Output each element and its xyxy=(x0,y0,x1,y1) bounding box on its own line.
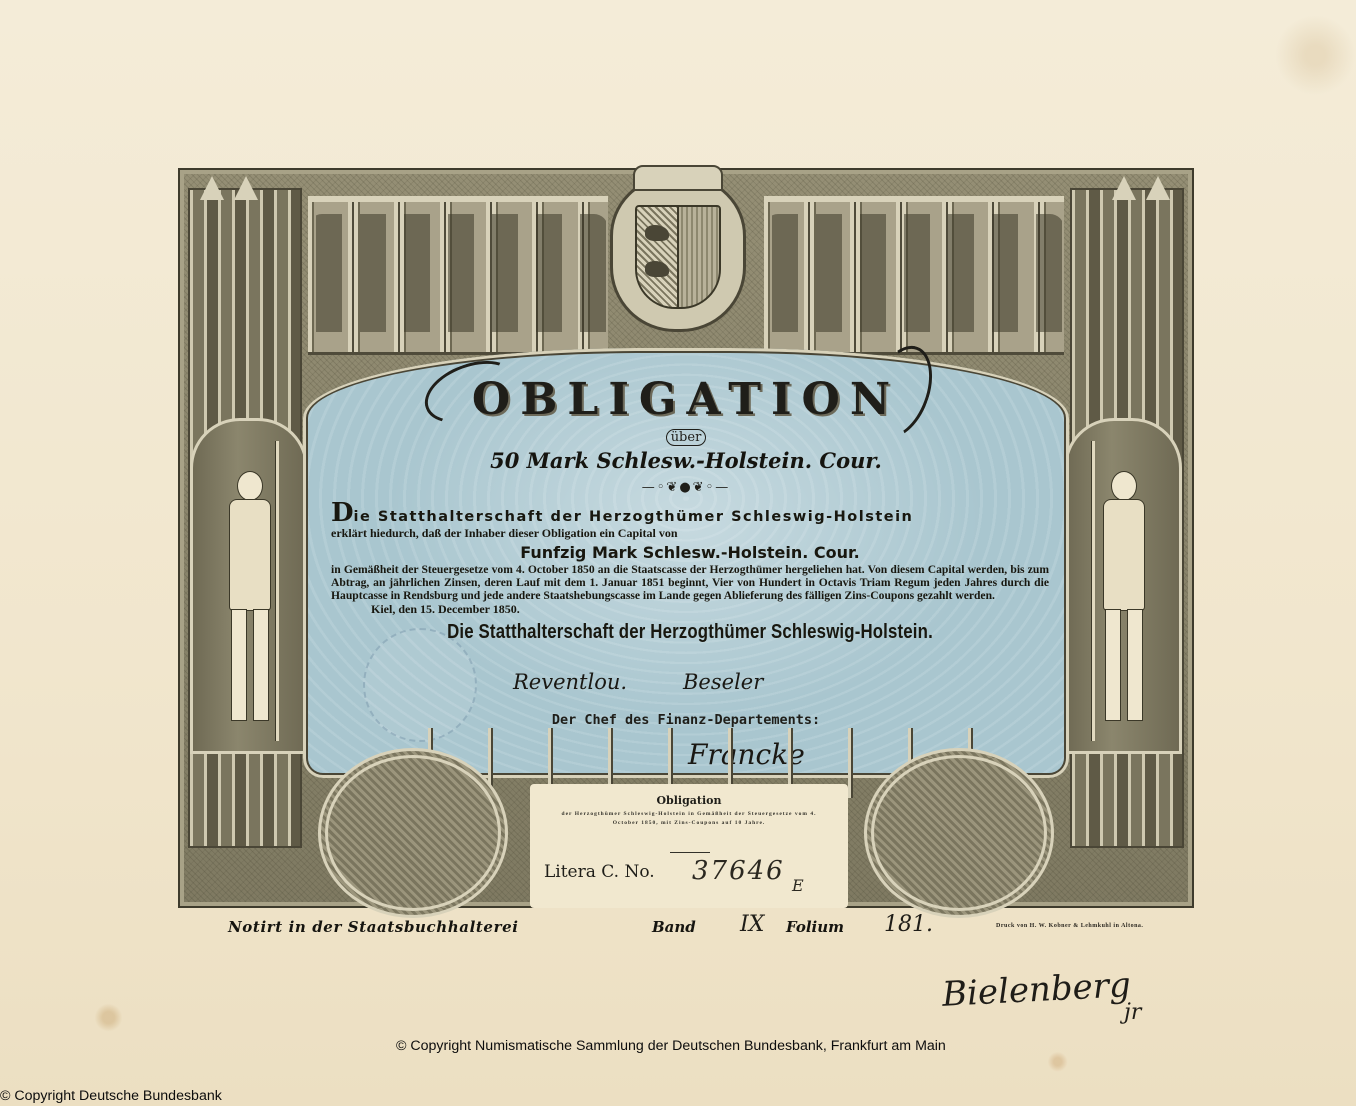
folium-label: Folium xyxy=(786,918,844,946)
scroll-ornament-icon xyxy=(318,748,508,918)
lion-icon xyxy=(645,225,669,241)
litera-label: Litera C. No. xyxy=(544,862,655,882)
issuing-authority: Die Statthalterschaft der Herzogthümer S… xyxy=(388,621,991,644)
signature-beseler: Beseler xyxy=(683,670,763,694)
serial-number: 37646 xyxy=(692,856,785,886)
stub-title: Obligation xyxy=(530,794,848,807)
pinnacle-icon xyxy=(234,176,258,200)
issuer-line: Die Statthalterschaft der Herzogthümer S… xyxy=(331,498,1049,528)
warrior-statue-icon xyxy=(1095,461,1151,731)
copyright-notice: © Copyright Numismatische Sammlung der D… xyxy=(396,1038,946,1054)
central-text-panel: OBLIGATION über 50 Mark Schlesw.-Holstei… xyxy=(303,348,1069,778)
issue-date: Kiel, den 15. December 1850. xyxy=(331,602,1049,617)
bond-text: Die Statthalterschaft der Herzogthümer S… xyxy=(331,498,1049,644)
scroll-ornament-icon xyxy=(864,748,1054,918)
signature-reventlou: Reventlou. xyxy=(513,670,627,694)
shield-icon xyxy=(635,205,721,309)
ueber-label: über xyxy=(303,430,1069,445)
gothic-arcade-left xyxy=(308,196,608,355)
lion-icon xyxy=(645,261,669,277)
declaration: erklärt hiedurch, daß der Inhaber dieser… xyxy=(331,526,1049,541)
terms-paragraph: in Gemäßheit der Steuergesetze vom 4. Oc… xyxy=(331,563,1049,602)
copyright-corner: © Copyright Deutsche Bundesbank xyxy=(0,1088,222,1104)
pinnacle-icon xyxy=(200,176,224,200)
statue-niche-right xyxy=(1064,418,1182,754)
knight-statue-icon xyxy=(221,461,277,731)
crown-icon xyxy=(633,165,723,191)
serial-suffix: E xyxy=(792,876,804,895)
document-title: OBLIGATION xyxy=(303,374,1069,425)
bond-certificate: OBLIGATION über 50 Mark Schlesw.-Holstei… xyxy=(178,168,1194,908)
band-label: Band xyxy=(652,918,696,946)
pinnacle-icon xyxy=(1112,176,1136,200)
folium-value: 181. xyxy=(884,912,933,940)
gothic-arcade-right xyxy=(764,196,1064,355)
stub-text: der Herzogthümer Schleswig-Holstein in G… xyxy=(560,810,818,828)
denomination: 50 Mark Schlesw.-Holstein. Cour. xyxy=(303,448,1069,473)
registrar-signature: Bielenberg xyxy=(941,965,1132,1015)
pinnacle-icon xyxy=(1146,176,1170,200)
band-value: IX xyxy=(740,912,764,940)
capital-amount: Funfzig Mark Schlesw.-Holstein. Cour. xyxy=(331,543,1049,562)
registry-label: Notirt in der Staatsbuchhalterei xyxy=(228,918,519,946)
ornament-divider-icon: —◦❦●❦◦— xyxy=(303,480,1069,495)
registrar-signature-suffix: jr xyxy=(1124,1000,1141,1025)
coat-of-arms-icon xyxy=(610,176,746,332)
printer-imprint: Druck von H. W. Kobner & Lehmkuhl in Alt… xyxy=(996,923,1143,951)
stub-label: Obligation der Herzogthümer Schleswig-Ho… xyxy=(530,784,848,908)
statue-niche-left xyxy=(190,418,308,754)
finance-chief-label: Der Chef des Finanz-Departements: xyxy=(303,712,1069,728)
divider xyxy=(670,852,710,853)
